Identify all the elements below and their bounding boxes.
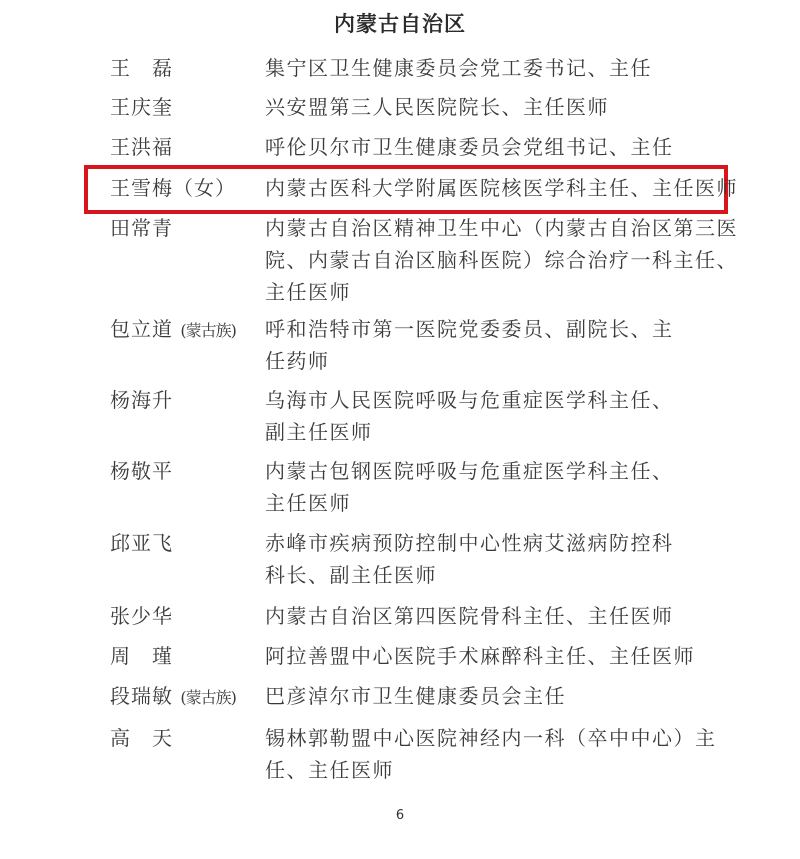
person-title: 阿拉善盟中心医院手术麻醉科主任、主任医师 bbox=[265, 640, 705, 672]
person-name: 包立道 (蒙古族) bbox=[110, 313, 236, 347]
person-title: 内蒙古自治区精神卫生中心（内蒙古自治区第三医院、内蒙古自治区脑科医院）综合治疗一… bbox=[265, 212, 705, 308]
person-title: 集宁区卫生健康委员会党工委书记、主任 bbox=[265, 52, 705, 84]
person-name: 张少华 bbox=[110, 600, 173, 632]
person-title: 赤峰市疾病预防控制中心性病艾滋病防控科科长、副主任医师 bbox=[265, 527, 705, 591]
person-name: 段瑞敏 (蒙古族) bbox=[110, 680, 236, 714]
person-name: 邱亚飞 bbox=[110, 527, 173, 559]
person-title: 兴安盟第三人民医院院长、主任医师 bbox=[265, 91, 705, 123]
person-title: 呼和浩特市第一医院党委委员、副院长、主任药师 bbox=[265, 313, 705, 377]
person-name: 王洪福 bbox=[110, 131, 173, 163]
ethnicity: (蒙古族) bbox=[180, 688, 236, 707]
person-name: 杨海升 bbox=[110, 384, 173, 416]
person-title: 内蒙古包钢医院呼吸与危重症医学科主任、主任医师 bbox=[265, 455, 705, 519]
person-title: 内蒙古自治区第四医院骨科主任、主任医师 bbox=[265, 600, 705, 632]
person-name: 田常青 bbox=[110, 212, 173, 244]
person-name: 王雪梅（女） bbox=[110, 172, 236, 204]
section-title: 内蒙古自治区 bbox=[0, 8, 800, 38]
person-title: 乌海市人民医院呼吸与危重症医学科主任、副主任医师 bbox=[265, 384, 705, 448]
person-title: 锡林郭勒盟中心医院神经内一科（卒中中心）主任、主任医师 bbox=[265, 722, 705, 786]
person-name: 高 天 bbox=[110, 722, 173, 754]
person-name: 王 磊 bbox=[110, 52, 173, 84]
person-title: 内蒙古医科大学附属医院核医学科主任、主任医师 bbox=[265, 172, 705, 204]
person-name: 王庆奎 bbox=[110, 91, 173, 123]
page-number: 6 bbox=[0, 808, 800, 823]
ethnicity: (蒙古族) bbox=[180, 321, 236, 340]
person-title: 巴彦淖尔市卫生健康委员会主任 bbox=[265, 680, 705, 712]
person-name: 杨敬平 bbox=[110, 455, 173, 487]
person-name: 周 瑾 bbox=[110, 640, 173, 672]
person-title: 呼伦贝尔市卫生健康委员会党组书记、主任 bbox=[265, 131, 705, 163]
